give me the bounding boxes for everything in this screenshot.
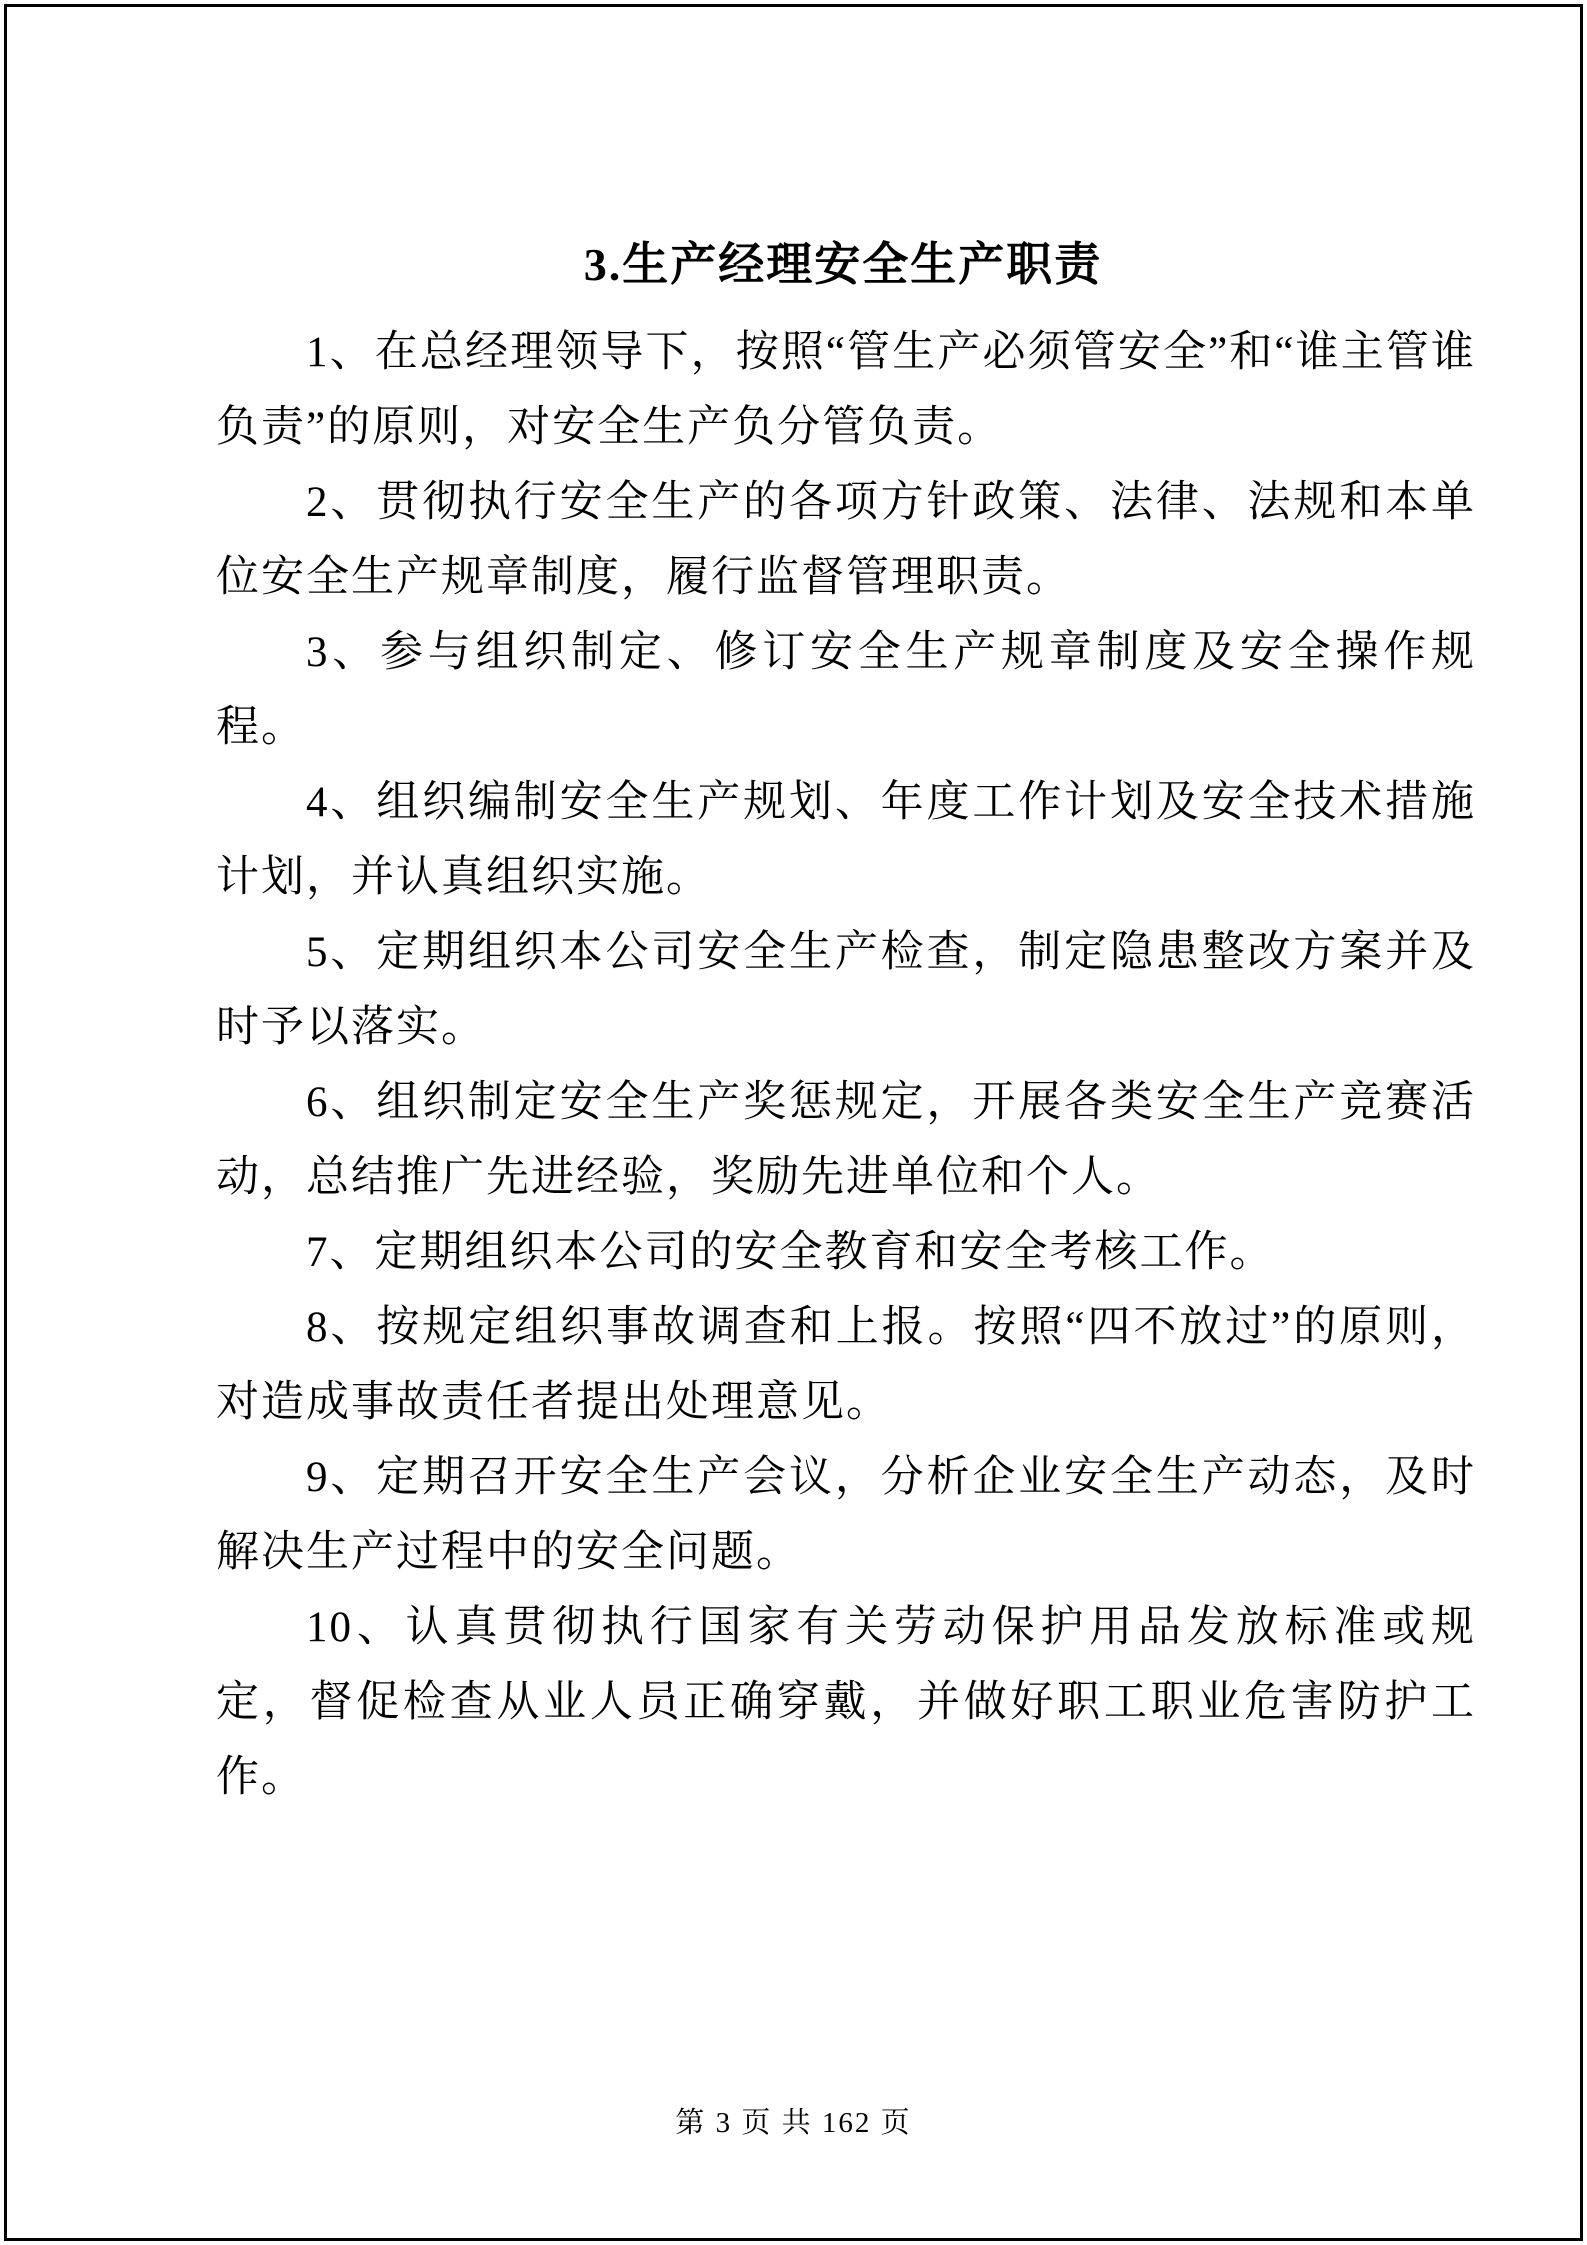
paragraph-5: 5、定期组织本公司安全生产检查，制定隐患整改方案并及时予以落实。	[216, 915, 1476, 1065]
document-body: 1、在总经理领导下，按照“管生产必须管安全”和“谁主管谁负责”的原则，对安全生产…	[216, 315, 1476, 1815]
paragraph-6: 6、组织制定安全生产奖惩规定，开展各类安全生产竞赛活动，总结推广先进经验，奖励先…	[216, 1065, 1476, 1215]
paragraph-8: 8、按规定组织事故调查和上报。按照“四不放过”的原则，对造成事故责任者提出处理意…	[216, 1290, 1476, 1440]
paragraph-2: 2、贯彻执行安全生产的各项方针政策、法律、法规和本单位安全生产规章制度，履行监督…	[216, 465, 1476, 615]
paragraph-1: 1、在总经理领导下，按照“管生产必须管安全”和“谁主管谁负责”的原则，对安全生产…	[216, 315, 1476, 465]
document-canvas: 3.生产经理安全生产职责 1、在总经理领导下，按照“管生产必须管安全”和“谁主管…	[0, 0, 1587, 2245]
paragraph-10: 10、认真贯彻执行国家有关劳动保护用品发放标准或规定，督促检查从业人员正确穿戴，…	[216, 1590, 1476, 1815]
paragraph-7: 7、定期组织本公司的安全教育和安全考核工作。	[216, 1215, 1476, 1290]
paragraph-3: 3、参与组织制定、修订安全生产规章制度及安全操作规程。	[216, 615, 1476, 765]
page-number-footer: 第 3 页 共 162 页	[7, 2106, 1580, 2141]
document-page: 3.生产经理安全生产职责 1、在总经理领导下，按照“管生产必须管安全”和“谁主管…	[4, 4, 1583, 2241]
paragraph-9: 9、定期召开安全生产会议，分析企业安全生产动态，及时解决生产过程中的安全问题。	[216, 1440, 1476, 1590]
page-title: 3.生产经理安全生产职责	[7, 7, 1580, 295]
paragraph-4: 4、组织编制安全生产规划、年度工作计划及安全技术措施计划，并认真组织实施。	[216, 765, 1476, 915]
